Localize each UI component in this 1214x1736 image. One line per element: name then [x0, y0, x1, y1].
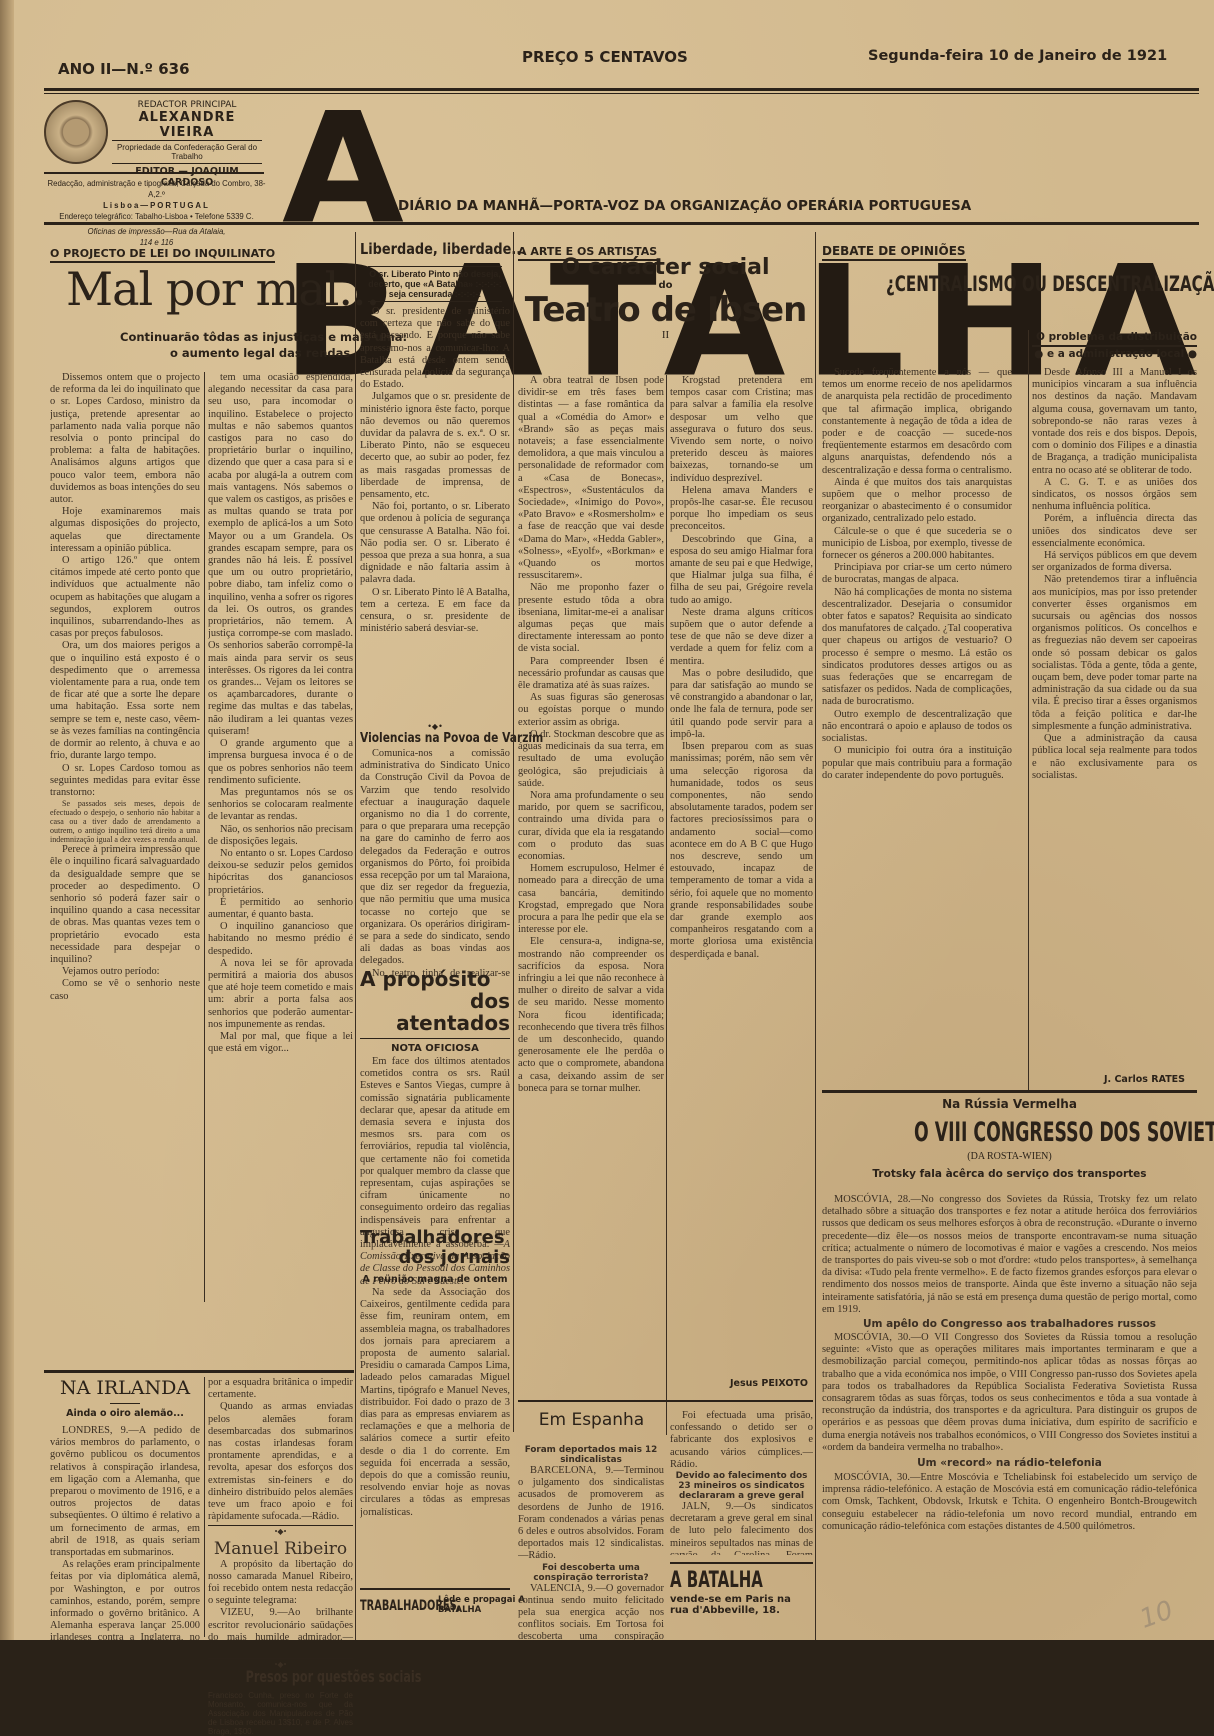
newspaper-subtitle: DIÁRIO DA MANHÃ—PORTA-VOZ DA ORGANIZAÇÃO… [398, 198, 971, 214]
headline: dos atentados [360, 990, 510, 1034]
telegraph: Endereço telegráfico: Tabalho-Lisboa • T… [44, 211, 269, 222]
headline: Em Espanha [518, 1410, 665, 1430]
masthead-bottom-rule [44, 222, 1199, 225]
column-divider [204, 372, 205, 1302]
column-divider [204, 1377, 205, 1637]
article-jornais: Trabalhadores dos jornais A reünião magn… [360, 1228, 510, 1625]
subhead: Um «record» na rádio-telefonia [822, 1454, 1197, 1472]
issue-number: ANO II—N.º 636 [58, 60, 190, 78]
headline: O carácter social [518, 255, 813, 280]
article-centralismo: DEBATE DE OPINIÕES [822, 240, 966, 261]
deck: o aumento legal das rendas [170, 346, 350, 360]
article-column: Dissemos ontem que o projecto de reforma… [50, 372, 200, 1302]
article-violencias: •◆• Violencias na Povoa de Varzim Comuni… [360, 722, 510, 976]
headline: NA IRLANDA [50, 1377, 200, 1399]
page-bottom-edge [0, 1640, 1214, 1655]
headline: Trabalhadores [360, 1228, 510, 1248]
ownership: Propriedade da Confederação Geral do Tra… [112, 141, 262, 164]
subhead: Um apêlo do Congresso aos trabalhadores … [822, 1316, 1197, 1332]
article-russia: Na Rússia Vermelha O VIII CONGRESSO DOS … [822, 1097, 1197, 1180]
article-column: Krogstad pretendera em tempos casar com … [670, 375, 813, 1395]
redactor-label: REDACTOR PRINCIPAL [112, 100, 262, 110]
subhead: NOTA OFICIOSA [360, 1038, 510, 1054]
signature: J. Carlos RATES [1104, 1074, 1185, 1085]
part-number: II [518, 329, 813, 341]
headline: Liberdade, liberdade... [360, 240, 489, 258]
ad-rule [670, 1562, 813, 1564]
ad-rule [360, 1588, 510, 1590]
address-block: Redacção, administração e tipografia, Ca… [44, 178, 269, 248]
column-divider [666, 375, 667, 1435]
article-column: Foi efectuada uma prisão, confessando o … [670, 1410, 813, 1555]
subhead: Foram deportados mais 12 sindicalistas [518, 1445, 664, 1465]
ad-paris: A BATALHA vende-se em Paris na rua d'Abb… [670, 1568, 813, 1593]
article-text: Na sede da Associação dos Caixeiros, gen… [360, 1287, 510, 1625]
article-column: Foram deportados mais 12 sindicalistas B… [518, 1445, 664, 1645]
city: Lisboa—PORTUGAL [44, 200, 269, 211]
redactor-name: ALEXANDRE VIEIRA [112, 110, 262, 141]
ibsen-headline: O carácter social do Teatro de Ibsen II [518, 255, 813, 341]
subhead: A reünião magna de ontem [360, 1274, 510, 1285]
masthead-rule [44, 88, 1199, 91]
ornament: •◆• [360, 722, 510, 731]
article-inquilinato: O PROJECTO DE LEI DO INQUILINATO [50, 242, 275, 263]
handwritten-page-number: 10 [1136, 1595, 1177, 1635]
editorial-box: REDACTOR PRINCIPAL ALEXANDRE VIEIRA Prop… [112, 100, 262, 188]
headline: ¿CENTRALISMO OU DESCENTRALIZAÇÃO? [886, 272, 1214, 296]
column-divider [513, 232, 514, 1432]
article-column: Desde Afonso III a Manuel I os municipio… [1032, 367, 1197, 1067]
ad-title: A BATALHA [670, 1568, 763, 1593]
subhead: Ainda o oiro alemão... [50, 1408, 200, 1419]
divider [110, 1403, 140, 1404]
ad-text: Lêde e propagai A BATALHA [438, 1595, 528, 1615]
article-liberdade: Liberdade, liberdade... O sr. Liberato P… [360, 240, 510, 696]
section-rule [44, 1370, 354, 1373]
section-rule [518, 1400, 813, 1402]
article-column: por a esquadra britânica o impedir certa… [208, 1377, 353, 1655]
ornament: •◆• [208, 1525, 353, 1538]
price: PREÇO 5 CENTAVOS [522, 48, 688, 66]
deck: O problema da distribuição ● e a adminis… [1032, 330, 1197, 362]
section-rule [822, 1090, 1197, 1093]
article-column: LONDRES, 9.—A pedido de vários membros d… [50, 1425, 200, 1640]
cgt-seal-emblem [44, 100, 108, 164]
article-column: Sucede freqüentemente a nós — que temos … [822, 367, 1012, 1092]
headline-wrap: O VIII CONGRESSO DOS SOVIETES [822, 1117, 1197, 1145]
subhead: Devido ao falecimento dos 23 mineiros os… [670, 1471, 813, 1501]
kicker: O PROJECTO DE LEI DO INQUILINATO [50, 247, 275, 263]
headline: Teatro de Ibsen [518, 291, 813, 329]
article-text: MOSCÓVIA, 28.—No congresso dos Sovietes … [822, 1194, 1197, 1533]
editorial-rule [44, 172, 264, 174]
subhead: Foi descoberta uma conspiração terrorist… [518, 1563, 664, 1583]
kicker: Na Rússia Vermelha [822, 1097, 1197, 1111]
newspaper-page: ANO II—N.º 636 PREÇO 5 CENTAVOS Segunda-… [0, 0, 1214, 1655]
ad-trabalhadores: TRABALHADORES, Lêde e propagai A BATALHA [360, 1595, 520, 1614]
headline: dos jornais [360, 1248, 510, 1268]
source: (DA ROSTA-WIEN) [822, 1151, 1197, 1162]
subhead: Trotsky fala àcêrca do serviço dos trans… [822, 1168, 1197, 1180]
headline-ribeiro: Manuel Ribeiro [208, 1539, 353, 1559]
headline: Violencias na Povoa de Varzim [360, 731, 483, 746]
article-column: A obra teatral de Ibsen pode dividir-se … [518, 375, 664, 1435]
signature: Jesus PEIXOTO [730, 1378, 808, 1389]
article-irlanda: NA IRLANDA Ainda o oiro alemão... [50, 1377, 200, 1419]
deck: O sr. Liberato Pinto não deseja, decerto… [368, 266, 502, 302]
column-divider [1028, 330, 1029, 1092]
date: Segunda-feira 10 de Janeiro de 1921 [868, 48, 1167, 64]
page-edge [0, 0, 14, 1655]
headline-mal-por-mal: Mal por mal... [66, 262, 379, 316]
kicker: DEBATE DE OPINIÕES [822, 244, 966, 261]
address: Redacção, administração e tipografia, Ca… [44, 178, 269, 200]
column-divider [815, 232, 816, 1652]
article-text: Comunica-nos a comissão administrativa d… [360, 748, 510, 976]
ad-text: vende-se em Paris na rua d'Abbeville, 18… [670, 1594, 813, 1616]
column-divider [355, 232, 356, 1652]
article-text: O sr. presidente de ministério com certe… [360, 306, 510, 696]
headline: O VIII CONGRESSO DOS SOVIETES [914, 1117, 1214, 1148]
headline: A propósito [360, 968, 510, 990]
article-column: tem uma ocasião esplêndida, alegando nec… [208, 372, 353, 1302]
